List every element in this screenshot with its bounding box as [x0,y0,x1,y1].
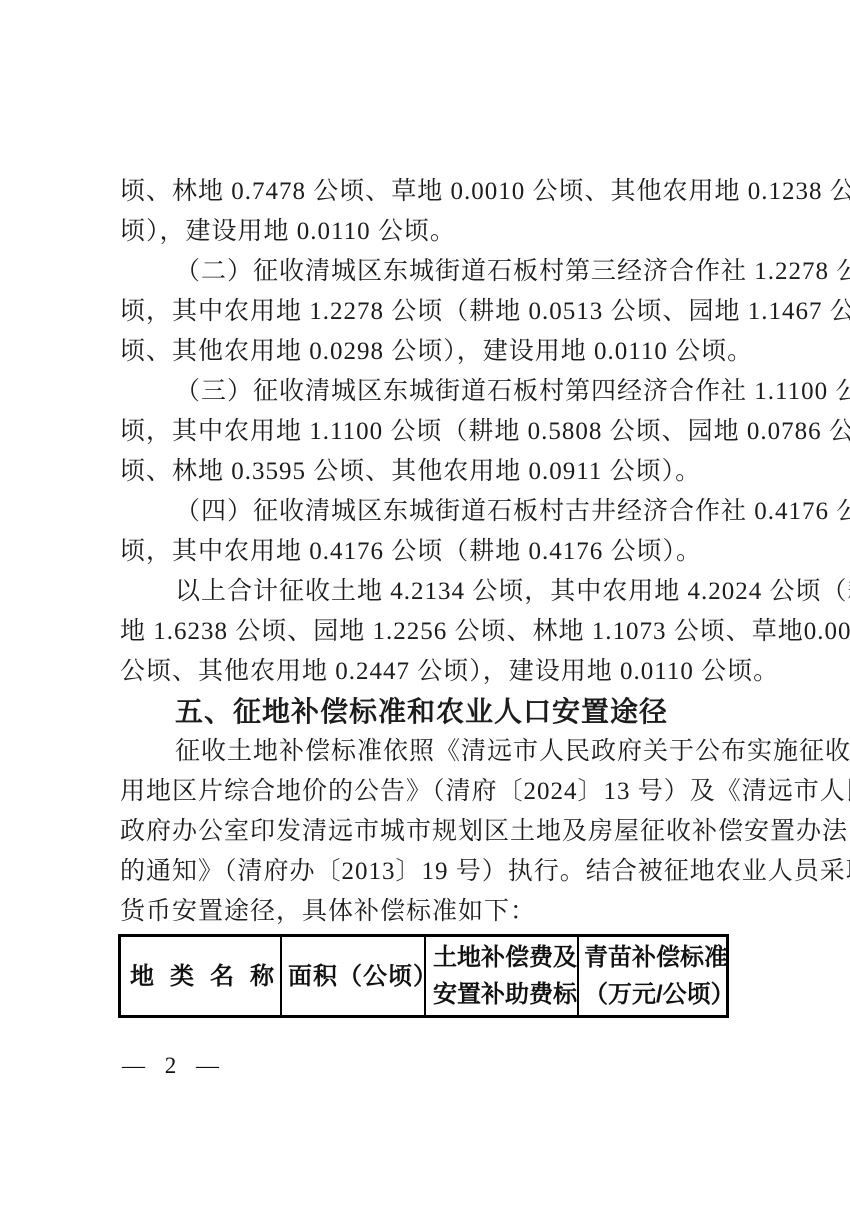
body-line: 公顷、其他农用地 0.2447 公顷），建设用地 0.0110 公顷。 [120,652,730,692]
body-line: 以上合计征收土地 4.2134 公顷，其中农用地 4.2024 公顷（耕 [120,572,730,612]
compensation-table: 地类名称 面积（公顷） 土地补偿费及 安置补助费标 青苗补偿标准 （万元/公顷） [118,934,729,1018]
body-line: 顷，其中农用地 0.4176 公顷（耕地 0.4176 公顷）。 [120,532,730,572]
body-line: （二）征收清城区东城街道石板村第三经济合作社 1.2278 公 [120,252,730,292]
table-header-text: 土地补偿费及 [433,939,570,976]
body-line: 顷、林地 0.3595 公顷、其他农用地 0.0911 公顷）。 [120,452,730,492]
body-line: 征收土地补偿标准依照《清远市人民政府关于公布实施征收农 [120,732,730,772]
table-header-text: 安置补助费标 [433,976,570,1013]
body-line: 顷），建设用地 0.0110 公顷。 [120,212,730,252]
table-header-land-compensation: 土地补偿费及 安置补助费标 [426,937,579,1015]
body-line: 顷，其中农用地 1.1100 公顷（耕地 0.5808 公顷、园地 0.0786… [120,412,730,452]
table-header-land-type: 地类名称 [121,937,282,1015]
page-number: — 2 — [122,1053,226,1079]
body-line: 政府办公室印发清远市城市规划区土地及房屋征收补偿安置办法 [120,812,730,852]
body-line: 的通知》（清府办〔2013〕19 号）执行。结合被征地农业人员采取 [120,852,730,892]
body-line: 用地区片综合地价的公告》（清府〔2024〕13 号）及《清远市人民 [120,772,730,812]
body-line: 顷，其中农用地 1.2278 公顷（耕地 0.0513 公顷、园地 1.1467… [120,292,730,332]
body-line: （三）征收清城区东城街道石板村第四经济合作社 1.1100 公 [120,372,730,412]
section-heading: 五、征地补偿标准和农业人口安置途径 [120,692,730,732]
table-header-text: （万元/公顷） [584,976,721,1013]
body-line: 顷、其他农用地 0.0298 公顷），建设用地 0.0110 公顷。 [120,332,730,372]
document-page: 顷、林地 0.7478 公顷、草地 0.0010 公顷、其他农用地 0.1238… [0,0,850,1219]
body-line: （四）征收清城区东城街道石板村古井经济合作社 0.4176 公 [120,492,730,532]
body-line: 货币安置途径，具体补偿标准如下： [120,892,730,932]
table-header-text: 地类名称 [130,958,280,995]
table-header-text: 青苗补偿标准 [584,939,721,976]
document-body: 顷、林地 0.7478 公顷、草地 0.0010 公顷、其他农用地 0.1238… [120,172,730,932]
table-header-area: 面积（公顷） [282,937,426,1015]
table-header-seedling-compensation: 青苗补偿标准 （万元/公顷） [579,937,726,1015]
body-line: 顷、林地 0.7478 公顷、草地 0.0010 公顷、其他农用地 0.1238… [120,172,730,212]
table-header-text: 面积（公顷） [288,958,424,995]
body-line: 地 1.6238 公顷、园地 1.2256 公顷、林地 1.1073 公顷、草地… [120,612,730,652]
